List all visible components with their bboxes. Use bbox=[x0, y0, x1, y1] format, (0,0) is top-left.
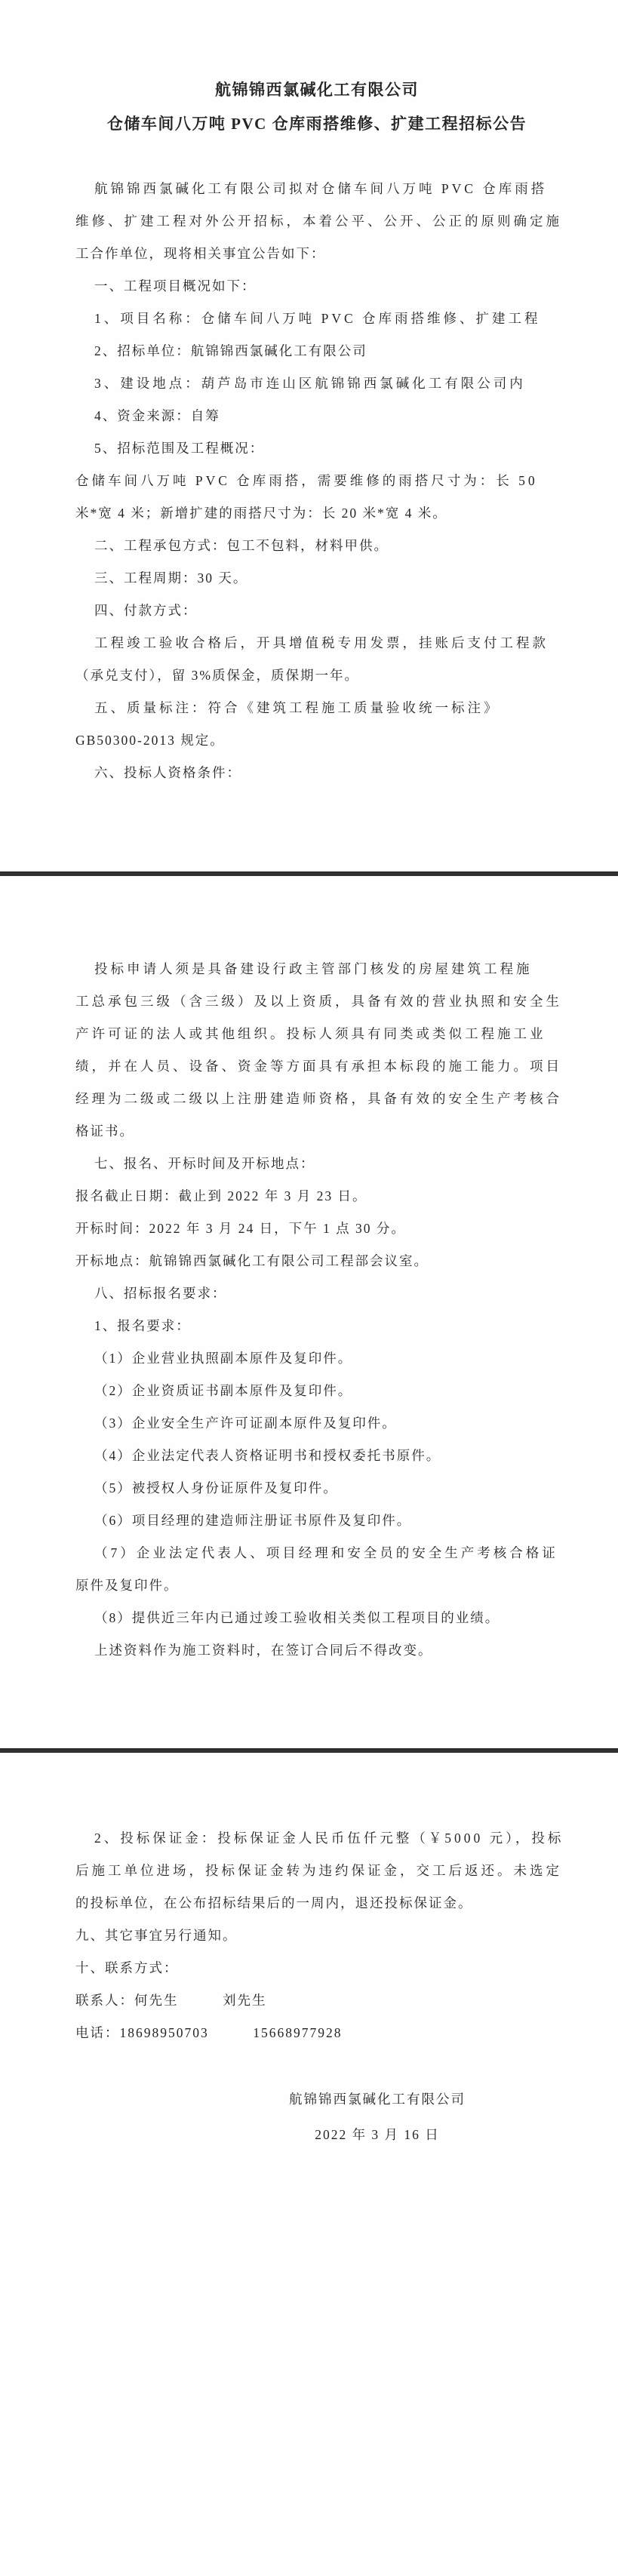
text-line: 开标时间：2022 年 3 月 24 日，下午 1 点 30 分。 bbox=[75, 1213, 618, 1245]
text-line: （4）企业法定代表人资格证明书和授权委托书原件。 bbox=[75, 1440, 618, 1472]
text-line: 五、质量标注：符合《建筑工程施工质量验收统一标注》 bbox=[75, 692, 618, 724]
text-line: （3）企业安全生产许可证副本原件及复印件。 bbox=[75, 1407, 618, 1440]
text-line: （承兑支付），留 3%质保金，质保期一年。 bbox=[75, 659, 618, 692]
text-line: 格证书。 bbox=[75, 1115, 618, 1148]
text-line: 工程竣工验收合格后，开具增值税专用发票，挂账后支付工程款 bbox=[75, 627, 618, 659]
page-3-body: 2、投标保证金：投标保证金人民币伍仟元整（￥5000 元），投标后施工单位进场，… bbox=[75, 1822, 618, 2049]
text-line: （7）企业法定代表人、项目经理和安全员的安全生产考核合格证 bbox=[75, 1537, 618, 1569]
text-line: 工总承包三级（含三级）及以上资质，具备有效的营业执照和安全生 bbox=[75, 985, 618, 1018]
text-line: 报名截止日期：截止到 2022 年 3 月 23 日。 bbox=[75, 1180, 618, 1213]
text-line: 5、招标范围及工程概况： bbox=[75, 432, 618, 465]
text-line: 仓储车间八万吨 PVC 仓库雨搭，需要维修的雨搭尺寸为：长 50 bbox=[75, 465, 618, 497]
signature-block: 航锦锦西氯碱化工有限公司 2022 年 3 月 16 日 bbox=[214, 2082, 541, 2153]
text-line: （8）提供近三年内已通过竣工验收相关类似工程项目的业绩。 bbox=[75, 1602, 618, 1634]
text-line: 九、其它事宜另行通知。 bbox=[75, 1920, 618, 1952]
page-1: 航锦锦西氯碱化工有限公司 仓储车间八万吨 PVC 仓库雨搭维修、扩建工程招标公告… bbox=[0, 0, 618, 871]
text-line: 二、工程承包方式：包工不包料，材料甲供。 bbox=[75, 530, 618, 562]
document-title: 航锦锦西氯碱化工有限公司 bbox=[75, 73, 558, 107]
page-2: 投标申请人须是具备建设行政主管部门核发的房屋建筑工程施工总承包三级（含三级）及以… bbox=[0, 876, 618, 1748]
text-line: 绩，并在人员、设备、资金等方面具有承担本标段的施工能力。项目 bbox=[75, 1050, 618, 1083]
text-line: GB50300-2013 规定。 bbox=[75, 724, 618, 757]
text-line: 六、投标人资格条件： bbox=[75, 757, 618, 789]
text-line: 八、招标报名要求： bbox=[75, 1277, 618, 1310]
text-line: 米*宽 4 米；新增扩建的雨搭尺寸为：长 20 米*宽 4 米。 bbox=[75, 497, 618, 530]
text-line: 三、工程周期：30 天。 bbox=[75, 562, 618, 595]
text-line: 电话：18698950703 15668977928 bbox=[75, 2017, 618, 2049]
text-line: 2、投标保证金：投标保证金人民币伍仟元整（￥5000 元），投标 bbox=[75, 1822, 618, 1855]
text-line: 维修、扩建工程对外公开招标，本着公平、公开、公正的原则确定施 bbox=[75, 205, 618, 238]
page-1-body: 航锦锦西氯碱化工有限公司拟对仓储车间八万吨 PVC 仓库雨搭维修、扩建工程对外公… bbox=[75, 173, 618, 789]
signature-date: 2022 年 3 月 16 日 bbox=[214, 2117, 541, 2153]
text-line: 联系人：何先生 刘先生 bbox=[75, 1984, 618, 2017]
text-line: 4、资金来源：自筹 bbox=[75, 400, 618, 432]
text-line: 工合作单位，现将相关事宜公告如下： bbox=[75, 238, 618, 270]
text-line: 产许可证的法人或其他组织。投标人须具有同类或类似工程施工业 bbox=[75, 1018, 618, 1050]
document-viewer: 航锦锦西氯碱化工有限公司 仓储车间八万吨 PVC 仓库雨搭维修、扩建工程招标公告… bbox=[0, 0, 618, 2576]
text-line: （2）企业资质证书副本原件及复印件。 bbox=[75, 1375, 618, 1407]
text-line: 的投标单位，在公布招标结果后的一周内，退还投标保证金。 bbox=[75, 1887, 618, 1920]
text-line: 投标申请人须是具备建设行政主管部门核发的房屋建筑工程施 bbox=[75, 953, 618, 985]
text-line: 后施工单位进场，投标保证金转为违约保证金，交工后返还。未选定 bbox=[75, 1855, 618, 1887]
text-line: （5）被授权人身份证原件及复印件。 bbox=[75, 1472, 618, 1505]
text-line: （1）企业营业执照副本原件及复印件。 bbox=[75, 1342, 618, 1375]
text-line: 1、项目名称：仓储车间八万吨 PVC 仓库雨搭维修、扩建工程 bbox=[75, 303, 618, 335]
text-line: 1、报名要求： bbox=[75, 1310, 618, 1342]
text-line: 原件及复印件。 bbox=[75, 1569, 618, 1602]
text-line: 四、付款方式： bbox=[75, 595, 618, 627]
text-line: 开标地点：航锦锦西氯碱化工有限公司工程部会议室。 bbox=[75, 1245, 618, 1277]
text-line: 十、联系方式： bbox=[75, 1952, 618, 1984]
document-subtitle: 仓储车间八万吨 PVC 仓库雨搭维修、扩建工程招标公告 bbox=[75, 107, 558, 141]
text-line: 上述资料作为施工资料时，在签订合同后不得改变。 bbox=[75, 1634, 618, 1667]
page-2-body: 投标申请人须是具备建设行政主管部门核发的房屋建筑工程施工总承包三级（含三级）及以… bbox=[75, 953, 618, 1667]
text-line: 3、建设地点：葫芦岛市连山区航锦锦西氯碱化工有限公司内 bbox=[75, 367, 618, 400]
signature-company: 航锦锦西氯碱化工有限公司 bbox=[214, 2082, 541, 2117]
page-3: 2、投标保证金：投标保证金人民币伍仟元整（￥5000 元），投标后施工单位进场，… bbox=[0, 1753, 618, 2576]
text-line: 2、招标单位：航锦锦西氯碱化工有限公司 bbox=[75, 335, 618, 367]
text-line: （6）项目经理的建造师注册证书原件及复印件。 bbox=[75, 1505, 618, 1537]
document-header: 航锦锦西氯碱化工有限公司 仓储车间八万吨 PVC 仓库雨搭维修、扩建工程招标公告 bbox=[75, 73, 558, 141]
text-line: 航锦锦西氯碱化工有限公司拟对仓储车间八万吨 PVC 仓库雨搭 bbox=[75, 173, 618, 205]
text-line: 经理为二级或二级以上注册建造师资格，具备有效的安全生产考核合 bbox=[75, 1083, 618, 1115]
text-line: 七、报名、开标时间及开标地点： bbox=[75, 1148, 618, 1180]
text-line: 一、工程项目概况如下： bbox=[75, 270, 618, 303]
